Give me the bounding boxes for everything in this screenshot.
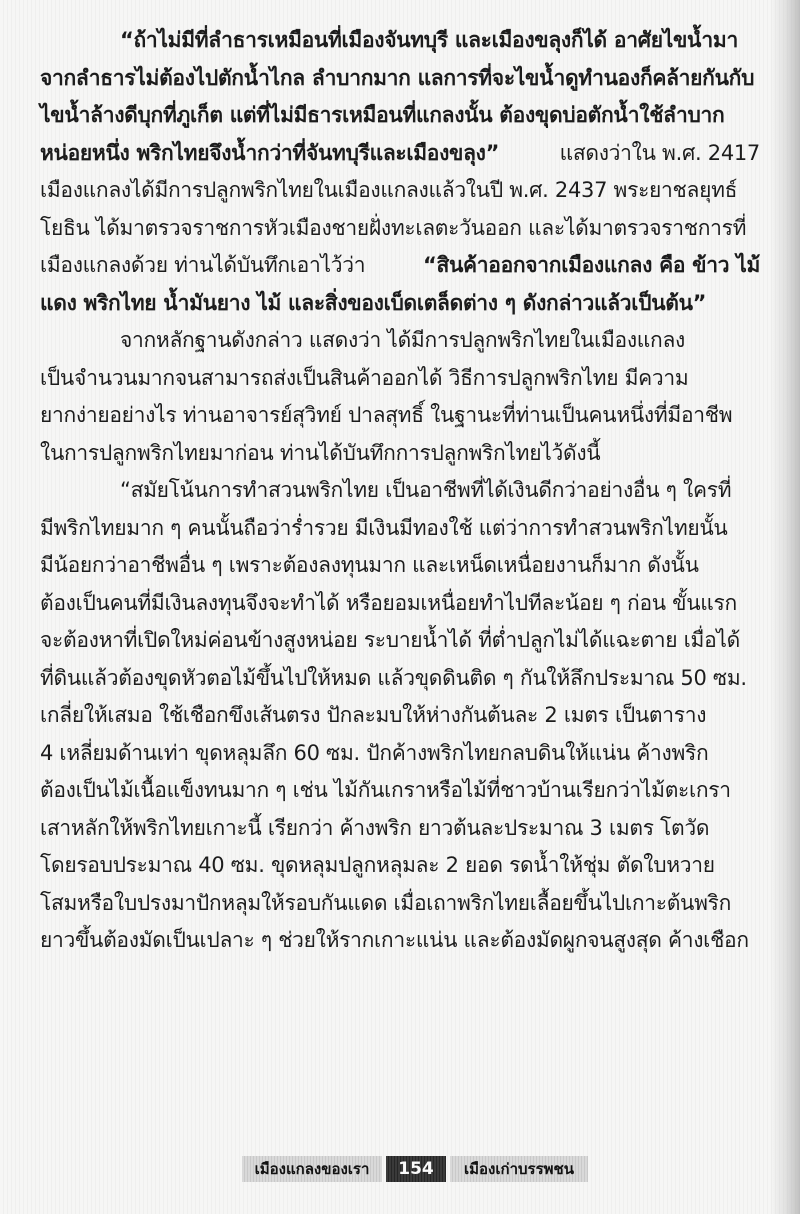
text-line: “ถ้าไม่มีที่ลำธารเหมือนที่เมืองจันทบุรี …: [40, 22, 760, 60]
paragraph-text: แสดงว่าใน พ.ศ. 2417: [560, 135, 760, 173]
paragraph-text: เสาหลักให้พริกไทยเกาะนี้ เรียกว่า ค้างพร…: [40, 810, 709, 848]
quote-text: “ถ้าไม่มีที่ลำธารเหมือนที่เมืองจันทบุรี …: [120, 22, 738, 60]
paragraph-text: มีพริกไทยมาก ๆ คนนั้นถือว่าร่ำรวย มีเงิน…: [40, 510, 727, 548]
text-line: เมืองแกลงได้มีการปลูกพริกไทยในเมืองแกลงแ…: [40, 172, 760, 210]
text-line: มีน้อยกว่าอาชีพอื่น ๆ เพราะต้องลงทุนมาก …: [40, 547, 760, 585]
quote-text: หน่อยหนึ่ง พริกไทยจึงน้ำกว่าที่จันทบุรีแ…: [40, 135, 499, 173]
quote-text: แดง พริกไทย น้ำมันยาง ไม้ และสิ่งของเบ็ด…: [40, 285, 706, 323]
text-line: ไขน้ำล้างดีบุกที่ภูเก็ต แต่ที่ไม่มีธารเห…: [40, 97, 760, 135]
text-line: เมืองแกลงด้วย ท่านได้บันทึกเอาไว้ว่า“สิน…: [40, 247, 760, 285]
paragraph-text: 4 เหลี่ยมด้านเท่า ขุดหลุมลึก 60 ซม. ปักค…: [40, 735, 708, 773]
text-line: ยาวขึ้นต้องมัดเป็นเปลาะ ๆ ช่วยให้รากเกาะ…: [40, 922, 760, 960]
paragraph-text: ยาวขึ้นต้องมัดเป็นเปลาะ ๆ ช่วยให้รากเกาะ…: [40, 922, 749, 960]
paragraph-text: มีน้อยกว่าอาชีพอื่น ๆ เพราะต้องลงทุนมาก …: [40, 547, 699, 585]
paragraph-text: จากหลักฐานดังกล่าว แสดงว่า ได้มีการปลูกพ…: [120, 322, 685, 360]
paragraph-text: โสมหรือใบปรงมาปักหลุมให้รอบกันแดด เมื่อเ…: [40, 885, 731, 923]
text-line: ยากง่ายอย่างไร ท่านอาจารย์สุวิทย์ ปาลสุท…: [40, 397, 760, 435]
text-line: 4 เหลี่ยมด้านเท่า ขุดหลุมลึก 60 ซม. ปักค…: [40, 735, 760, 773]
paragraph-text: ที่ดินแล้วต้องขุดหัวตอไม้ขึ้นไปให้หมด แล…: [40, 660, 747, 698]
text-line: โดยรอบประมาณ 40 ซม. ขุดหลุมปลูกหลุมละ 2 …: [40, 847, 760, 885]
paragraph-text: ยากง่ายอย่างไร ท่านอาจารย์สุวิทย์ ปาลสุท…: [40, 397, 732, 435]
text-line: ต้องเป็นไม้เนื้อแข็งทนมาก ๆ เช่น ไม้กันเ…: [40, 772, 760, 810]
paragraph-text: โยธิน ได้มาตรวจราชการหัวเมืองชายฝั่งทะเล…: [40, 210, 746, 248]
paragraph-text: เมืองแกลงด้วย ท่านได้บันทึกเอาไว้ว่า: [40, 247, 365, 285]
text-line: จากหลักฐานดังกล่าว แสดงว่า ได้มีการปลูกพ…: [40, 322, 760, 360]
page-footer: เมืองแกลงของเรา 154 เมืองเก่าบรรพชน: [242, 1156, 588, 1182]
paragraph-text: จะต้องหาที่เปิดใหม่ค่อนข้างสูงหน่อย ระบา…: [40, 622, 740, 660]
body-text: “ถ้าไม่มีที่ลำธารเหมือนที่เมืองจันทบุรี …: [40, 22, 760, 960]
paragraph-text: เกลี่ยให้เสมอ ใช้เชือกขึงเส้นตรง ปักละมบ…: [40, 697, 706, 735]
paragraph-text: เมืองแกลงได้มีการปลูกพริกไทยในเมืองแกลงแ…: [40, 172, 737, 210]
paragraph-text: “สมัยโน้นการทำสวนพริกไทย เป็นอาชีพที่ได้…: [120, 472, 731, 510]
text-line: จากลำธารไม่ต้องไปตักน้ำไกล ลำบากมาก แลกา…: [40, 60, 760, 98]
text-line: หน่อยหนึ่ง พริกไทยจึงน้ำกว่าที่จันทบุรีแ…: [40, 135, 760, 173]
quote-text: ไขน้ำล้างดีบุกที่ภูเก็ต แต่ที่ไม่มีธารเห…: [40, 97, 724, 135]
page-number: 154: [386, 1156, 446, 1182]
text-line: โยธิน ได้มาตรวจราชการหัวเมืองชายฝั่งทะเล…: [40, 210, 760, 248]
quote-text: จากลำธารไม่ต้องไปตักน้ำไกล ลำบากมาก แลกา…: [40, 60, 754, 98]
text-line: เสาหลักให้พริกไทยเกาะนี้ เรียกว่า ค้างพร…: [40, 810, 760, 848]
footer-book-title: เมืองแกลงของเรา: [242, 1156, 382, 1182]
text-line: แดง พริกไทย น้ำมันยาง ไม้ และสิ่งของเบ็ด…: [40, 285, 760, 323]
text-line: จะต้องหาที่เปิดใหม่ค่อนข้างสูงหน่อย ระบา…: [40, 622, 760, 660]
paragraph-text: ในการปลูกพริกไทยมาก่อน ท่านได้บันทึกการป…: [40, 435, 600, 473]
text-line: โสมหรือใบปรงมาปักหลุมให้รอบกันแดด เมื่อเ…: [40, 885, 760, 923]
quote-text: “สินค้าออกจากเมืองแกลง คือ ข้าว ไม้: [423, 247, 760, 285]
paragraph-text: ต้องเป็นไม้เนื้อแข็งทนมาก ๆ เช่น ไม้กันเ…: [40, 772, 731, 810]
text-line: ต้องเป็นคนที่มีเงินลงทุนจึงจะทำได้ หรือย…: [40, 585, 760, 623]
paragraph-text: ต้องเป็นคนที่มีเงินลงทุนจึงจะทำได้ หรือย…: [40, 585, 737, 623]
footer-section-title: เมืองเก่าบรรพชน: [450, 1156, 588, 1182]
text-line: ที่ดินแล้วต้องขุดหัวตอไม้ขึ้นไปให้หมด แล…: [40, 660, 760, 698]
text-line: เป็นจำนวนมากจนสามารถส่งเป็นสินค้าออกได้ …: [40, 360, 760, 398]
text-line: เกลี่ยให้เสมอ ใช้เชือกขึงเส้นตรง ปักละมบ…: [40, 697, 760, 735]
text-line: “สมัยโน้นการทำสวนพริกไทย เป็นอาชีพที่ได้…: [40, 472, 760, 510]
show-through-text: [40, 1113, 760, 1127]
text-line: ในการปลูกพริกไทยมาก่อน ท่านได้บันทึกการป…: [40, 435, 760, 473]
book-page: “ถ้าไม่มีที่ลำธารเหมือนที่เมืองจันทบุรี …: [0, 0, 800, 1214]
text-line: มีพริกไทยมาก ๆ คนนั้นถือว่าร่ำรวย มีเงิน…: [40, 510, 760, 548]
paragraph-text: โดยรอบประมาณ 40 ซม. ขุดหลุมปลูกหลุมละ 2 …: [40, 847, 715, 885]
paragraph-text: เป็นจำนวนมากจนสามารถส่งเป็นสินค้าออกได้ …: [40, 360, 688, 398]
